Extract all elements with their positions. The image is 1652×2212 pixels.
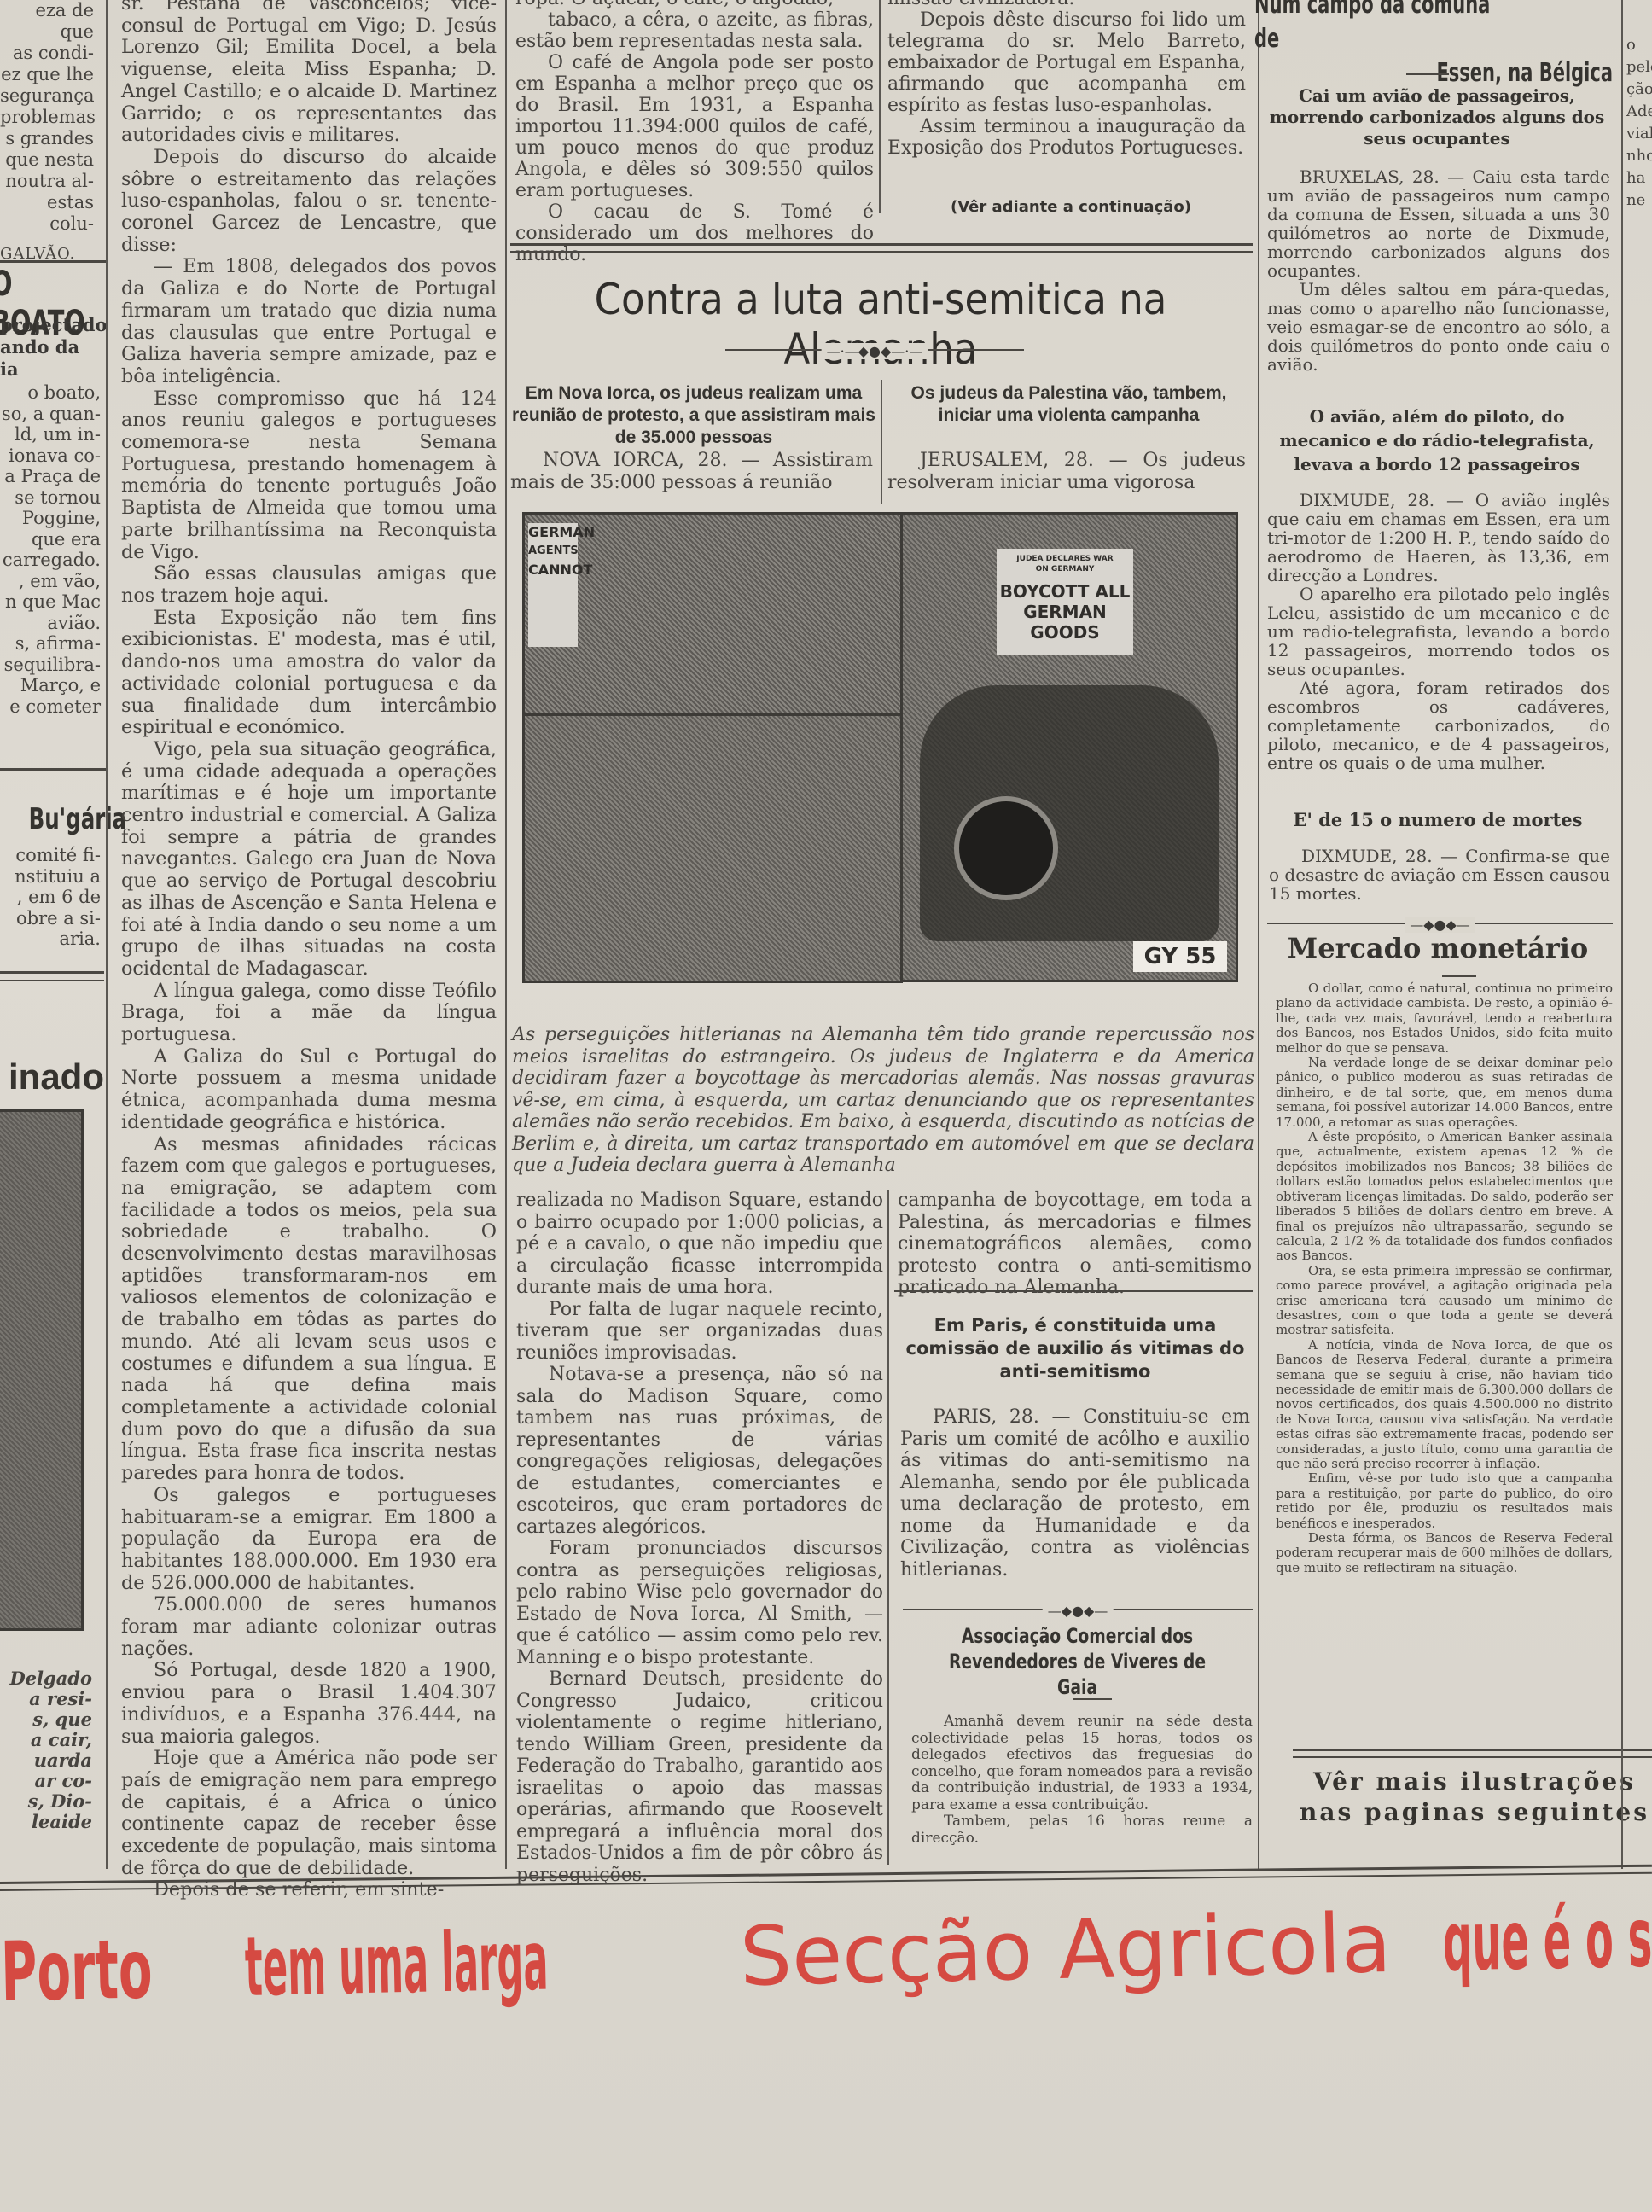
text-line: comité fi-	[0, 845, 101, 866]
paragraph: missão civilizadora.	[887, 0, 1246, 9]
portrait-photo	[0, 1109, 84, 1631]
newspaper-page: eza de queas condi-ez que lhesegurançapr…	[0, 0, 1652, 2212]
text-line: Delgado	[0, 1668, 92, 1689]
text-line: a cair,	[0, 1730, 92, 1750]
paragraph: Até agora, foram retirados dos escombros…	[1267, 678, 1610, 772]
text-line: avião.	[0, 613, 101, 634]
text-line: nstituiu a	[0, 866, 101, 888]
text-line: projectado	[0, 314, 107, 336]
text-line: noutra al-	[0, 171, 94, 192]
divider	[0, 260, 107, 263]
paragraph: A Galiza do Sul e Portugal do Norte poss…	[121, 1046, 497, 1134]
photo-caption: As perseguições hitlerianas na Alemanha …	[512, 1024, 1254, 1177]
text-line: eza de que	[0, 0, 94, 43]
paragraph: Um dêles saltou em pára-quedas, mas como…	[1267, 280, 1610, 374]
divider	[0, 768, 107, 771]
paragraph: O cacau de S. Tomé é considerado um dos …	[515, 201, 874, 265]
text-line: as condi-	[0, 43, 94, 64]
divider	[1293, 1756, 1652, 1758]
paragraph: realizada no Madison Square, estando o b…	[516, 1190, 883, 1299]
paragraph: Depois do discurso do alcaide sôbre o es…	[121, 147, 497, 257]
text-line: uarda	[0, 1750, 92, 1771]
text-line: a resi-	[0, 1689, 92, 1709]
divider	[510, 243, 1253, 246]
text-line: ha	[1626, 167, 1652, 189]
paragraph: A êste propósito, o American Banker assi…	[1276, 1130, 1613, 1264]
text-line: , em 6 de	[0, 887, 101, 908]
text-line: leaide	[0, 1812, 92, 1832]
exposition-body-left: ropa. O açúcar, o café, o algodão,tabaco…	[515, 0, 874, 265]
column-rule	[879, 0, 881, 213]
divider	[1073, 1698, 1112, 1700]
paragraph: ropa. O açúcar, o café, o algodão,	[515, 0, 874, 9]
photo-boycott-car: JUDEA DECLARES WAR ON GERMANY BOYCOTT AL…	[900, 512, 1238, 982]
paragraph: A língua galega, como disse Teófilo Brag…	[121, 981, 497, 1046]
text-line: s, que	[0, 1709, 92, 1730]
far-right-fragments: opeloçãoAdevialnhohane	[1626, 34, 1652, 212]
text-line: s, Dio-	[0, 1791, 92, 1812]
continuation-note: (Vêr adiante a continuação)	[896, 198, 1246, 216]
essen-top-headline: Num campo da comuna de Essen, na Bélgica	[1254, 0, 1613, 90]
mortes-subhead: E' de 15 o numero de mortes	[1267, 809, 1608, 830]
paragraph: Assim terminou a inauguração da Exposiçã…	[887, 116, 1246, 159]
text-line: ez que lhe	[0, 64, 94, 85]
text-line: obre a si-	[0, 908, 101, 929]
paris-body: PARIS, 28. — Constituiu-se em Paris um c…	[900, 1406, 1250, 1580]
text-line: ionava co-	[0, 445, 101, 467]
paragraph: Depois de se referir, em sinte-	[121, 1879, 497, 1901]
mercado-body: O dollar, como é natural, continua no pr…	[1276, 981, 1613, 1575]
nado-title: inado	[0, 1057, 104, 1097]
column-rule	[887, 1190, 889, 1865]
photo-protest-signs: GERMAN AGENTS CANNOT	[522, 512, 903, 716]
text-line: o	[1626, 34, 1652, 56]
text-line: ar co-	[0, 1771, 92, 1791]
divider	[0, 980, 104, 981]
text-line: s, afirma-	[0, 633, 101, 655]
essen-body: BRUXELAS, 28. — Caiu esta tarde um avião…	[1267, 167, 1610, 374]
text-line: Março, e	[0, 675, 101, 696]
paragraph: Ora, se esta primeira impressão se confi…	[1276, 1264, 1613, 1338]
paragraph: tabaco, a cêra, o azeite, as fibras, est…	[515, 9, 874, 52]
paragraph: O aparelho era pilotado pelo inglês Lele…	[1267, 585, 1610, 678]
text-line: so, a quan-	[0, 404, 101, 425]
column-rule	[881, 380, 882, 504]
more-illustrations-note: Vêr mais ilustrações nas paginas seguint…	[1297, 1767, 1652, 1828]
divider	[0, 971, 104, 974]
dixmude-body: DIXMUDE, 28. — O avião inglês que caiu e…	[1267, 491, 1610, 772]
paragraph: As mesmas afinidades rácicas fazem com q…	[121, 1134, 497, 1485]
mortes-body: DIXMUDE, 28. — Confirma-se que o desastr…	[1269, 847, 1610, 903]
paragraph: Só Portugal, desde 1820 a 1900, enviou p…	[121, 1660, 497, 1748]
exposition-body-right: missão civilizadora.Depois dêste discurs…	[887, 0, 1246, 159]
sign-german-agents: GERMAN AGENTS CANNOT	[528, 523, 578, 647]
portrait-caption: Delgadoa resi-s, quea cair,uardaar co-s,…	[0, 1668, 92, 1832]
boato-body: o boato,so, a quan-ld, um in-ionava co-a…	[0, 382, 101, 717]
paragraph: Desta fórma, os Bancos de Reserva Federa…	[1276, 1531, 1613, 1575]
text-line: ia	[0, 358, 107, 381]
subhead-nova-iorca: Em Nova Iorca, os judeus realizam uma re…	[510, 382, 877, 449]
paragraph: — Em 1808, delegados dos povos da Galiza…	[121, 256, 497, 387]
paragraph: Na verdade longe de se deixar dominar pe…	[1276, 1056, 1613, 1130]
text-line: que nesta	[0, 149, 94, 171]
paragraph: Enfim, vê-se por tudo isto que a campanh…	[1276, 1471, 1613, 1531]
paragraph: Amanhã devem reunir na séde desta colect…	[911, 1714, 1253, 1813]
bulgaria-title: Bu'gária	[0, 802, 102, 836]
text-line: segurança	[0, 85, 94, 107]
paragraph: campanha de boycottage, em toda a Palest…	[898, 1190, 1252, 1299]
text-line: e cometer	[0, 696, 101, 718]
gaia-body: Amanhã devem reunir na séde desta colect…	[911, 1714, 1253, 1847]
ornament-divider: —·—◆●◆—·—	[725, 341, 1024, 358]
paragraph: 75.000.000 de seres humanos foram mar ad…	[121, 1594, 497, 1660]
ornament-divider: —◆●◆—	[1267, 915, 1613, 932]
photo-discussion	[522, 713, 903, 983]
text-line: aria.	[0, 928, 101, 950]
essen-subhead: Cai um avião de passageiros, morrendo ca…	[1261, 85, 1613, 149]
text-line: ne	[1626, 189, 1652, 212]
bulgaria-body: comité fi-nstituiu a, em 6 deobre a si-a…	[0, 845, 101, 950]
text-line: sequilibra-	[0, 655, 101, 676]
paragraph: DIXMUDE, 28. — O avião inglês que caiu e…	[1267, 491, 1610, 585]
text-line: nho	[1626, 145, 1652, 167]
text-line: carregado.	[0, 550, 101, 571]
text-line: pelo	[1626, 56, 1652, 79]
galiza-article-body: sr. Pestana de Vasconcelos; vice-consul …	[121, 0, 497, 1901]
subhead-palestina: Os judeus da Palestina vão, tambem, inic…	[887, 382, 1250, 427]
text-line: ção	[1626, 79, 1652, 101]
text-line: s grandes	[0, 128, 94, 149]
palestina-lead: JERUSALEM, 28. — Os judeus resolveram in…	[887, 450, 1246, 493]
paragraph: Hoje que a América não pode ser país de …	[121, 1748, 497, 1879]
text-line: que era	[0, 529, 101, 550]
paragraph: Tambem, pelas 16 horas reune a direcção.	[911, 1813, 1253, 1847]
text-line: vial	[1626, 123, 1652, 145]
paragraph: Bernard Deutsch, presidente do Congresso…	[516, 1668, 883, 1886]
paris-headline: Em Paris, é constituida uma comissão de …	[896, 1314, 1254, 1383]
mercado-title: Mercado monetário	[1263, 932, 1613, 964]
text-line: estas colu-	[0, 192, 94, 235]
divider	[1406, 73, 1449, 75]
text-line: Poggine,	[0, 508, 101, 529]
divider	[1442, 975, 1476, 977]
ornament-divider: —◆●◆—	[903, 1601, 1253, 1618]
text-line: o boato,	[0, 382, 101, 404]
palestina-body: campanha de boycottage, em toda a Palest…	[898, 1190, 1252, 1299]
license-plate: GY 55	[1133, 941, 1227, 972]
boato-subhead: projectadoando daia	[0, 314, 107, 381]
text-line: ando da	[0, 336, 107, 358]
text-line: se tornou	[0, 487, 101, 509]
paragraph: A notícia, vinda de Nova Iorca, de que o…	[1276, 1338, 1613, 1472]
agricultural-section-banner: Porto tem uma larga Secção Agricola que …	[0, 1889, 1652, 2061]
text-line: a Praça de	[0, 466, 101, 487]
column-rule	[1258, 0, 1259, 1869]
left-strip-top: eza de queas condi-ez que lhesegurançapr…	[0, 0, 94, 265]
divider	[510, 251, 1253, 253]
text-line: problemas	[0, 107, 94, 128]
divider	[894, 1290, 1253, 1292]
column-rule	[106, 0, 108, 1869]
paragraph: sr. Pestana de Vasconcelos; vice-consul …	[121, 0, 497, 147]
paragraph: Foram pronunciados discursos contra as p…	[516, 1538, 883, 1668]
column-rule	[1621, 0, 1623, 1869]
paragraph: O café de Angola pode ser posto em Espan…	[515, 52, 874, 201]
paragraph: O dollar, como é natural, continua no pr…	[1276, 981, 1613, 1056]
divider	[1293, 1749, 1652, 1751]
text-line: n que Mac	[0, 591, 101, 613]
paragraph: Esta Exposição não tem fins exibicionist…	[121, 608, 497, 739]
paragraph: Depois dêste discurso foi lido um telegr…	[887, 9, 1246, 116]
aviao-subhead: O avião, além do piloto, do mecanico e d…	[1261, 405, 1613, 476]
nova-iorca-lead: NOVA IORCA, 28. — Assistiram mais de 35:…	[510, 450, 873, 493]
gaia-headline: Associação Comercial dos Revendedores de…	[900, 1623, 1254, 1700]
nova-iorca-body: realizada no Madison Square, estando o b…	[516, 1190, 883, 1886]
paragraph: Por falta de lugar naquele recinto, tive…	[516, 1299, 883, 1365]
text-line: ld, um in-	[0, 424, 101, 445]
paragraph: Vigo, pela sua situação geográfica, é um…	[121, 739, 497, 981]
text-line: , em vão,	[0, 571, 101, 592]
paragraph: São essas clausulas amigas que nos traze…	[121, 563, 497, 607]
text-line: Ade	[1626, 101, 1652, 123]
paragraph: BRUXELAS, 28. — Caiu esta tarde um avião…	[1267, 167, 1610, 280]
sign-boycott: JUDEA DECLARES WAR ON GERMANY BOYCOTT AL…	[997, 549, 1133, 655]
paragraph: Esse compromisso que há 124 anos reuniu …	[121, 388, 497, 564]
paragraph: Notava-se a presença, não só na sala do …	[516, 1364, 883, 1538]
paragraph: Os galegos e portugueses habituaram-se a…	[121, 1485, 497, 1595]
